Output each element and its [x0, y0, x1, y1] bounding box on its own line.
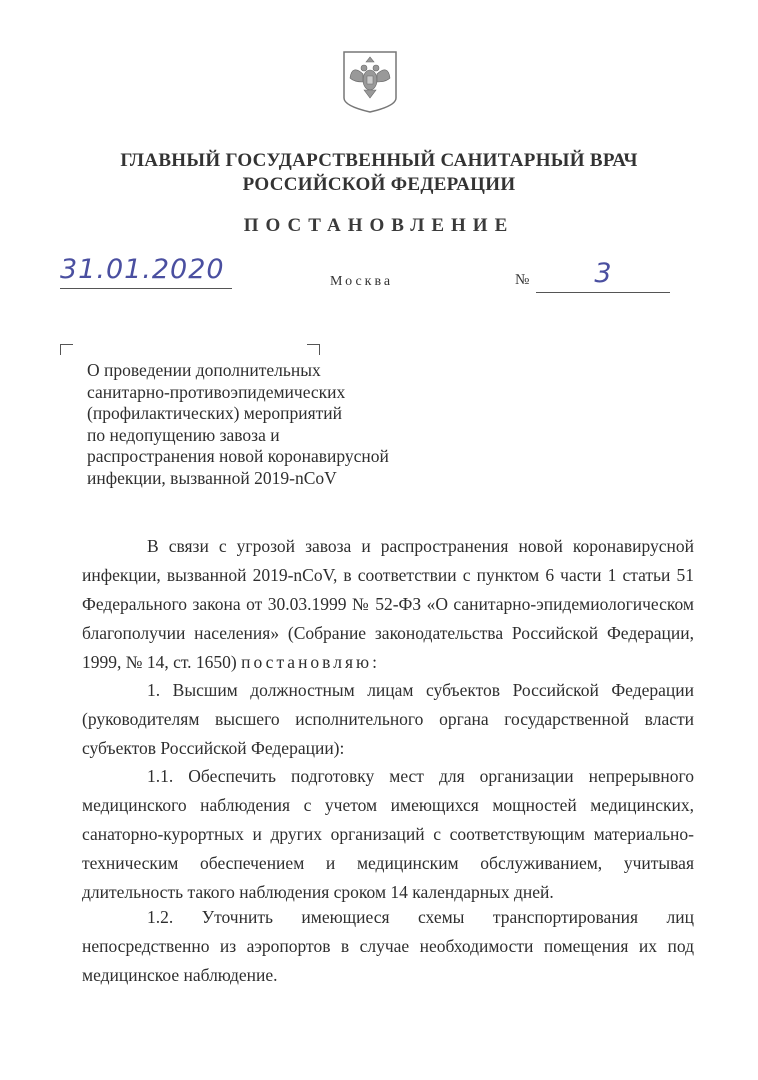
number-sign: № [515, 272, 529, 289]
document-subject: О проведении дополнительных санитарно-пр… [87, 360, 427, 489]
document-type-title: ПОСТАНОВЛЕНИЕ [0, 215, 758, 237]
authority-title-line2: РОССИЙСКОЙ ФЕДЕРАЦИИ [0, 174, 758, 196]
item-1-2-paragraph: 1.2. Уточнить имеющиеся схемы транспорти… [82, 903, 694, 990]
subject-line: инфекции, вызванной 2019-nCoV [87, 468, 427, 490]
item-1-1-text: 1.1. Обеспечить подготовку мест для орга… [82, 762, 694, 907]
subject-bracket-right [307, 344, 320, 355]
subject-line: санитарно-противоэпидемических [87, 382, 427, 404]
document-city: Москва [330, 274, 393, 290]
subject-line: О проведении дополнительных [87, 360, 427, 382]
authority-title-line1: ГЛАВНЫЙ ГОСУДАРСТВЕННЫЙ САНИТАРНЫЙ ВРАЧ [0, 150, 758, 172]
subject-bracket-left [60, 344, 73, 355]
coat-of-arms-icon [340, 48, 400, 116]
document-page: ГЛАВНЫЙ ГОСУДАРСТВЕННЫЙ САНИТАРНЫЙ ВРАЧ … [0, 0, 758, 1080]
preamble-paragraph: В связи с угрозой завоза и распространен… [82, 532, 694, 677]
subject-line: по недопущению завоза и [87, 425, 427, 447]
decree-word: постановляю: [241, 652, 380, 672]
preamble-text: В связи с угрозой завоза и распространен… [82, 536, 694, 672]
subject-line: (профилактических) мероприятий [87, 403, 427, 425]
item-1-2-text: 1.2. Уточнить имеющиеся схемы транспорти… [82, 903, 694, 990]
item-1-paragraph: 1. Высшим должностным лицам субъектов Ро… [82, 676, 694, 763]
subject-line: распространения новой коронавирусной [87, 446, 427, 468]
item-1-1-paragraph: 1.1. Обеспечить подготовку мест для орга… [82, 762, 694, 907]
document-date: 31.01.2020 [60, 252, 232, 289]
item-1-text: 1. Высшим должностным лицам субъектов Ро… [82, 676, 694, 763]
document-number: 3 [536, 258, 670, 293]
